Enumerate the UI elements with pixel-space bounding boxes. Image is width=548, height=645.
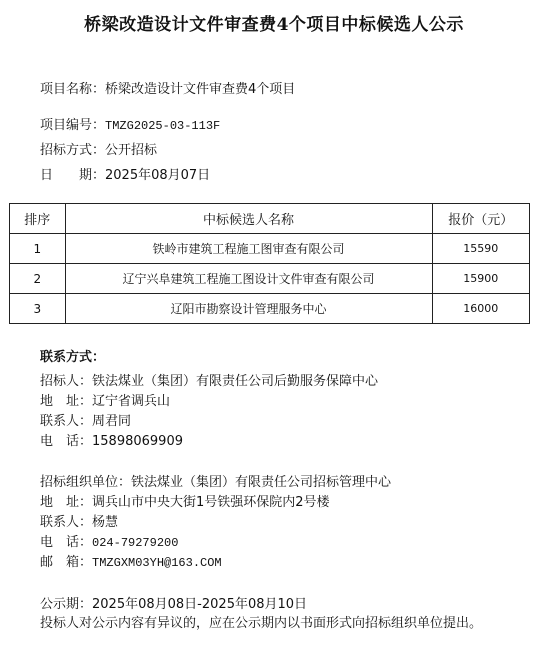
project-code-line: 项目编号：TMZG2025-03-113F <box>40 114 220 133</box>
agency-phone-value: 024-79279200 <box>92 536 178 550</box>
tenderer-person-value: 周君同 <box>92 414 131 429</box>
notice-period-line: 公示期：2025年08月08日-2025年08月10日 <box>40 593 307 612</box>
phone-label-1: 电 <box>40 531 66 550</box>
phone-label-2: 话： <box>66 535 92 550</box>
tenderer-label: 招标人： <box>40 374 92 389</box>
project-name-label: 项目名称： <box>40 82 105 97</box>
date-label-1: 日 <box>40 164 79 183</box>
tenderer-address-value: 辽宁省调兵山 <box>92 394 170 409</box>
price-cell: 15590 <box>432 234 530 264</box>
agency-email-line: 邮箱：TMZGXM03YH@163.COM <box>40 551 222 570</box>
page-title: 桥梁改造设计文件审查费4个项目中标候选人公示 <box>0 10 548 35</box>
objection-notice: 投标人对公示内容有异议的，应在公示期内以书面形式向招标组织单位提出。 <box>40 612 482 631</box>
notice-period-value: 2025年08月08日-2025年08月10日 <box>92 597 307 612</box>
project-code-value: TMZG2025-03-113F <box>105 119 220 133</box>
tender-method-line: 招标方式：公开招标 <box>40 139 157 158</box>
agency-label: 招标组织单位： <box>40 475 131 490</box>
agency-person-value: 杨慧 <box>92 515 118 530</box>
project-name-value: 桥梁改造设计文件审查费4个项目 <box>105 82 295 97</box>
person-label: 联系人： <box>40 515 92 530</box>
date-value: 2025年08月07日 <box>105 168 210 183</box>
tenderer-phone-value: 15898069909 <box>92 434 183 449</box>
candidates-table: 排序 中标候选人名称 报价（元） 1 铁岭市建筑工程施工图审查有限公司 1559… <box>9 203 530 324</box>
address-label-1: 地 <box>40 491 66 510</box>
price-cell: 15900 <box>432 264 530 294</box>
phone-label-1: 电 <box>40 430 66 449</box>
candidate-name-cell: 辽宁兴阜建筑工程施工图设计文件审查有限公司 <box>65 264 432 294</box>
tenderer-value: 铁法煤业（集团）有限责任公司后勤服务保障中心 <box>92 374 378 389</box>
rank-cell: 3 <box>10 294 66 324</box>
contact-heading: 联系方式： <box>40 346 105 365</box>
table-row: 1 铁岭市建筑工程施工图审查有限公司 15590 <box>10 234 530 264</box>
agency-address-line: 地址：调兵山市中央大街1号铁强环保院内2号楼 <box>40 491 330 510</box>
agency-person-line: 联系人：杨慧 <box>40 511 118 530</box>
tenderer-address-line: 地址：辽宁省调兵山 <box>40 390 170 409</box>
person-label: 联系人： <box>40 414 92 429</box>
date-line: 日期：2025年08月07日 <box>40 164 210 183</box>
table-row: 3 辽阳市勘察设计管理服务中心 16000 <box>10 294 530 324</box>
agency-email-value: TMZGXM03YH@163.COM <box>92 556 222 570</box>
table-row: 2 辽宁兴阜建筑工程施工图设计文件审查有限公司 15900 <box>10 264 530 294</box>
project-name-line: 项目名称：桥梁改造设计文件审查费4个项目 <box>40 78 295 97</box>
agency-phone-line: 电话：024-79279200 <box>40 531 178 550</box>
date-label-2: 期： <box>79 168 105 183</box>
tender-method-label: 招标方式： <box>40 143 105 158</box>
header-rank: 排序 <box>10 204 66 234</box>
agency-value: 铁法煤业（集团）有限责任公司招标管理中心 <box>131 475 391 490</box>
notice-period-label: 公示期： <box>40 597 92 612</box>
address-label-2: 址： <box>66 394 92 409</box>
phone-label-2: 话： <box>66 434 92 449</box>
agency-address-value: 调兵山市中央大街1号铁强环保院内2号楼 <box>92 495 330 510</box>
email-label-1: 邮 <box>40 551 66 570</box>
address-label-1: 地 <box>40 390 66 409</box>
tenderer-phone-line: 电话：15898069909 <box>40 430 183 449</box>
table-header-row: 排序 中标候选人名称 报价（元） <box>10 204 530 234</box>
address-label-2: 址： <box>66 495 92 510</box>
email-label-2: 箱： <box>66 555 92 570</box>
price-cell: 16000 <box>432 294 530 324</box>
tender-method-value: 公开招标 <box>105 143 157 158</box>
tenderer-line: 招标人：铁法煤业（集团）有限责任公司后勤服务保障中心 <box>40 370 378 389</box>
tenderer-person-line: 联系人：周君同 <box>40 410 131 429</box>
header-name: 中标候选人名称 <box>65 204 432 234</box>
rank-cell: 2 <box>10 264 66 294</box>
candidate-name-cell: 铁岭市建筑工程施工图审查有限公司 <box>65 234 432 264</box>
rank-cell: 1 <box>10 234 66 264</box>
agency-line: 招标组织单位：铁法煤业（集团）有限责任公司招标管理中心 <box>40 471 391 490</box>
header-price: 报价（元） <box>432 204 530 234</box>
project-code-label: 项目编号： <box>40 118 105 133</box>
candidate-name-cell: 辽阳市勘察设计管理服务中心 <box>65 294 432 324</box>
